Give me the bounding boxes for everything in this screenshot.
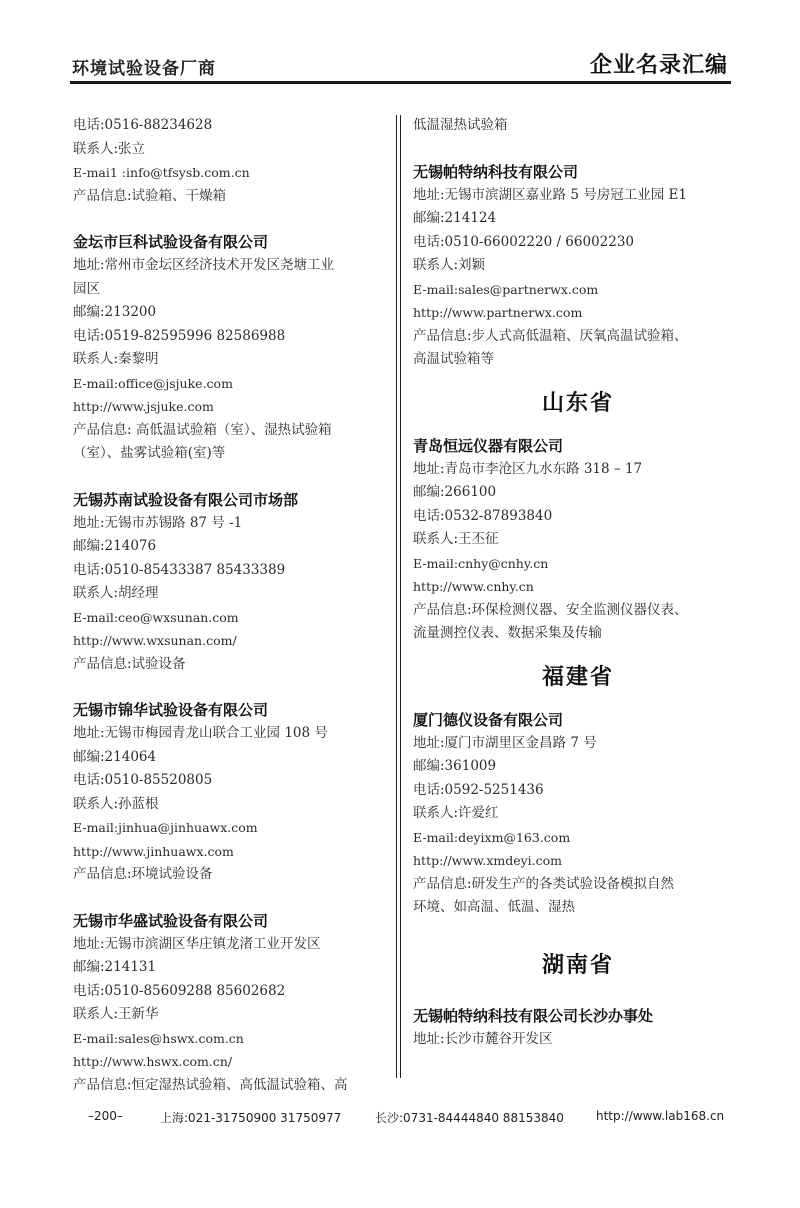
product-line-cont: 流量测控仪表、数据采集及传输: [413, 622, 743, 646]
company-entry: 无锡市华盛试验设备有限公司 地址:无锡市滨湖区华庄镇龙渚工业开发区 邮编:214…: [73, 909, 403, 1098]
company-name: 青岛恒远仪器有限公司: [413, 434, 743, 458]
contact-line: 联系人:刘颖: [413, 254, 743, 278]
website-link[interactable]: http://www.hswx.com.cn/: [73, 1050, 403, 1074]
address-line: 地址:无锡市苏锡路 87 号 -1: [73, 512, 403, 536]
product-line: 产品信息:环境试验设备: [73, 863, 403, 887]
province-heading-shandong: 山东省: [413, 380, 743, 428]
phone-line: 电话:0510-85433387 85433389: [73, 559, 403, 583]
company-name: 厦门德仪设备有限公司: [413, 708, 743, 732]
contact-line: 联系人:秦黎明: [73, 348, 403, 372]
address-line-cont: 园区: [73, 278, 403, 302]
province-heading-fujian: 福建省: [413, 654, 743, 702]
email-line[interactable]: E-mail:cnhy@cnhy.cn: [413, 552, 743, 576]
province-heading-hunan: 湖南省: [413, 942, 743, 990]
contact-line: 联系人:胡经理: [73, 582, 403, 606]
phone-line: 电话:0516-88234628: [73, 114, 403, 138]
website-link[interactable]: http://www.cnhy.cn: [413, 575, 743, 599]
postcode-line: 邮编:214064: [73, 746, 403, 770]
company-entry: 厦门德仪设备有限公司 地址:厦门市湖里区金昌路 7 号 邮编:361009 电话…: [413, 708, 743, 920]
changsha-phone: 长沙:0731-84444840 88153840: [375, 1109, 564, 1126]
address-line: 地址:无锡市梅园青龙山联合工业园 108 号: [73, 722, 403, 746]
phone-line: 电话:0510-85609288 85602682: [73, 980, 403, 1004]
company-entry: 无锡帕特纳科技有限公司长沙办事处 地址:长沙市麓谷开发区: [413, 1004, 743, 1052]
website-link[interactable]: http://www.partnerwx.com: [413, 301, 743, 325]
email-line: E-mai1 :info@tfsysb.com.cn: [73, 161, 403, 185]
product-line: 产品信息:试验设备: [73, 653, 403, 677]
postcode-line: 邮编:361009: [413, 755, 743, 779]
company-entry: 无锡市锦华试验设备有限公司 地址:无锡市梅园青龙山联合工业园 108 号 邮编:…: [73, 698, 403, 887]
product-line-cont: 环境、如高温、低温、湿热: [413, 896, 743, 920]
postcode-line: 邮编:214131: [73, 956, 403, 980]
company-name: 金坛市巨科试验设备有限公司: [73, 230, 403, 254]
address-line: 地址:常州市金坛区经济技术开发区尧塘工业: [73, 254, 403, 278]
product-line-cont: 高温试验箱等: [413, 348, 743, 372]
postcode-line: 邮编:213200: [73, 301, 403, 325]
postcode-line: 邮编:266100: [413, 481, 743, 505]
website-link[interactable]: http://www.wxsunan.com/: [73, 629, 403, 653]
product-line: 产品信息:步人式高低温箱、厌氧高温试验箱、: [413, 325, 743, 349]
address-line: 地址:无锡市滨湖区嘉业路 5 号房冠工业园 E1: [413, 184, 743, 208]
company-name: 无锡苏南试验设备有限公司市场部: [73, 488, 403, 512]
email-line[interactable]: E-mail:sales@hswx.com.cn: [73, 1027, 403, 1051]
postcode-line: 邮编:214076: [73, 535, 403, 559]
book-title: 企业名录汇编: [590, 48, 728, 79]
address-line: 地址:长沙市麓谷开发区: [413, 1028, 743, 1052]
shanghai-phone: 上海:021-31750900 31750977: [160, 1109, 341, 1126]
right-column: 低温湿热试验箱 无锡帕特纳科技有限公司 地址:无锡市滨湖区嘉业路 5 号房冠工业…: [413, 114, 743, 1051]
footer-website-link[interactable]: http://www.lab168.cn: [596, 1109, 724, 1123]
product-line: 产品信息: 高低温试验箱（室）、湿热试验箱: [73, 419, 403, 443]
continued-entry: 电话:0516-88234628 联系人:张立 E-mai1 :info@tfs…: [73, 114, 403, 208]
product-line-cont: 低温湿热试验箱: [413, 114, 743, 138]
address-line: 地址:青岛市李沧区九水东路 318 – 17: [413, 458, 743, 482]
continued-entry: 低温湿热试验箱: [413, 114, 743, 138]
left-column: 电话:0516-88234628 联系人:张立 E-mai1 :info@tfs…: [73, 114, 403, 1097]
product-line: 产品信息:研发生产的各类试验设备模拟自然: [413, 873, 743, 897]
email-line[interactable]: E-mail:sales@partnerwx.com: [413, 278, 743, 302]
phone-line: 电话:0510-66002220 / 66002230: [413, 231, 743, 255]
page-number: –200–: [88, 1109, 123, 1123]
product-line: 产品信息:恒定湿热试验箱、高低温试验箱、高: [73, 1074, 403, 1098]
company-entry: 无锡帕特纳科技有限公司 地址:无锡市滨湖区嘉业路 5 号房冠工业园 E1 邮编:…: [413, 160, 743, 372]
company-entry: 青岛恒远仪器有限公司 地址:青岛市李沧区九水东路 318 – 17 邮编:266…: [413, 434, 743, 646]
company-entry: 金坛市巨科试验设备有限公司 地址:常州市金坛区经济技术开发区尧塘工业 园区 邮编…: [73, 230, 403, 466]
section-title: 环境试验设备厂商: [72, 54, 216, 79]
contact-line: 联系人:许爱红: [413, 802, 743, 826]
email-line[interactable]: E-mail:office@jsjuke.com: [73, 372, 403, 396]
header-rule: [70, 81, 731, 84]
address-line: 地址:无锡市滨湖区华庄镇龙渚工业开发区: [73, 933, 403, 957]
contact-line: 联系人:孙蓝根: [73, 793, 403, 817]
company-name: 无锡帕特纳科技有限公司: [413, 160, 743, 184]
product-line: 产品信息:环保检测仪器、安全监测仪器仪表、: [413, 599, 743, 623]
company-name: 无锡市锦华试验设备有限公司: [73, 698, 403, 722]
contact-line: 联系人:王新华: [73, 1003, 403, 1027]
email-line[interactable]: E-mail:ceo@wxsunan.com: [73, 606, 403, 630]
address-line: 地址:厦门市湖里区金昌路 7 号: [413, 732, 743, 756]
company-entry: 无锡苏南试验设备有限公司市场部 地址:无锡市苏锡路 87 号 -1 邮编:214…: [73, 488, 403, 677]
phone-line: 电话:0510-85520805: [73, 769, 403, 793]
company-name: 无锡市华盛试验设备有限公司: [73, 909, 403, 933]
contact-line: 联系人:张立: [73, 138, 403, 162]
phone-line: 电话:0532-87893840: [413, 505, 743, 529]
phone-line: 电话:0519-82595996 82586988: [73, 325, 403, 349]
website-link[interactable]: http://www.jinhuawx.com: [73, 840, 403, 864]
contact-line: 联系人:王丕征: [413, 528, 743, 552]
phone-line: 电话:0592-5251436: [413, 779, 743, 803]
website-link[interactable]: http://www.xmdeyi.com: [413, 849, 743, 873]
website-link[interactable]: http://www.jsjuke.com: [73, 395, 403, 419]
product-line-cont: （室）、盐雾试验箱(室)等: [73, 442, 403, 466]
product-line: 产品信息:试验箱、干燥箱: [73, 185, 403, 209]
email-line[interactable]: E-mail:jinhua@jinhuawx.com: [73, 816, 403, 840]
email-line[interactable]: E-mail:deyixm@163.com: [413, 826, 743, 850]
company-name: 无锡帕特纳科技有限公司长沙办事处: [413, 1004, 743, 1028]
postcode-line: 邮编:214124: [413, 207, 743, 231]
